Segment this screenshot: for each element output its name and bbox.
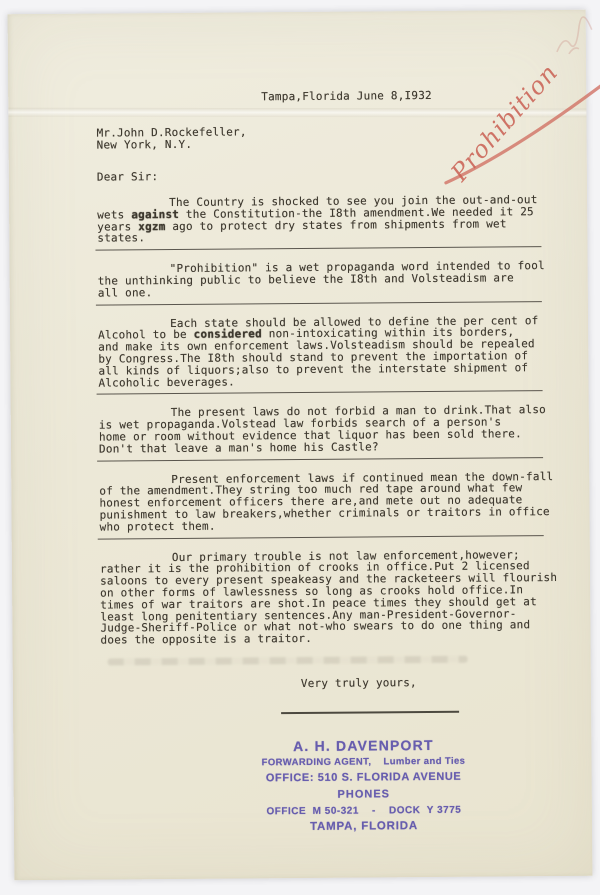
typed-divider-line: [96, 301, 542, 306]
letter-paragraph: The Country is shocked to see you join t…: [97, 194, 553, 245]
typed-divider-line: [98, 535, 544, 540]
typed-divider-line: [95, 246, 541, 251]
pencil-scribble-icon: [551, 14, 600, 62]
letter-body: The Country is shocked to see you join t…: [97, 194, 557, 651]
letter-paragraph: Each state should be allowed to define t…: [98, 315, 555, 389]
typed-line: Alcoholic beverages.: [98, 374, 554, 389]
typed-divider-line: [97, 390, 543, 395]
signature-line: [281, 711, 459, 714]
stamp-phone-numbers: OFFICE M 50-321 - DOCK Y 3775: [184, 804, 544, 818]
erased-text-smudge: [108, 656, 468, 666]
dateline: Tampa,Florida June 8,I932: [261, 90, 432, 103]
typed-divider-line: [97, 457, 543, 462]
handwritten-prohibition-annotation: Prohibition: [433, 30, 600, 196]
letter-paragraph: The present laws do not forbid a man to …: [99, 404, 555, 455]
stamp-office-address: OFFICE: 510 S. FLORIDA AVENUE: [184, 770, 544, 785]
typed-line: who protect them.: [100, 518, 556, 533]
recipient-line-2: New York, N.Y.: [97, 138, 247, 151]
closing-valediction: Very truly yours,: [301, 677, 417, 690]
business-stamp: A. H. DAVENPORT FORWARDING AGENT, Lumber…: [183, 736, 544, 834]
recipient-address: Mr.John D.Rockefeller, New York, N.Y.: [97, 126, 247, 151]
typed-line: does the opposite is a traitor.: [100, 631, 556, 646]
paper-crease: [8, 108, 586, 118]
salutation: Dear Sir:: [97, 171, 158, 183]
red-underline-stroke: [445, 86, 600, 183]
letter-paragraph: Our primary trouble is not law enforceme…: [100, 549, 557, 647]
scanned-letter-screenshot: { "page": { "background": "#f4f4f6", "pa…: [0, 0, 600, 895]
stamp-business-type: FORWARDING AGENT, Lumber and Ties: [183, 755, 543, 769]
typed-line: Don't that leave a man's home his Castle…: [99, 440, 555, 455]
letter-paragraph: "Prohibition" is a wet propaganda word i…: [98, 260, 554, 299]
letter-page: Prohibition Tampa,Florida June 8,I932 Mr…: [8, 10, 593, 881]
stamp-phones-label: PHONES: [184, 787, 544, 802]
stamp-city-state: TAMPA, FLORIDA: [184, 819, 544, 834]
letter-paragraph: Present enforcement laws if continued me…: [99, 471, 555, 534]
stamp-company-name: A. H. DAVENPORT: [183, 736, 543, 755]
handwritten-note-text: Prohibition: [445, 59, 564, 188]
